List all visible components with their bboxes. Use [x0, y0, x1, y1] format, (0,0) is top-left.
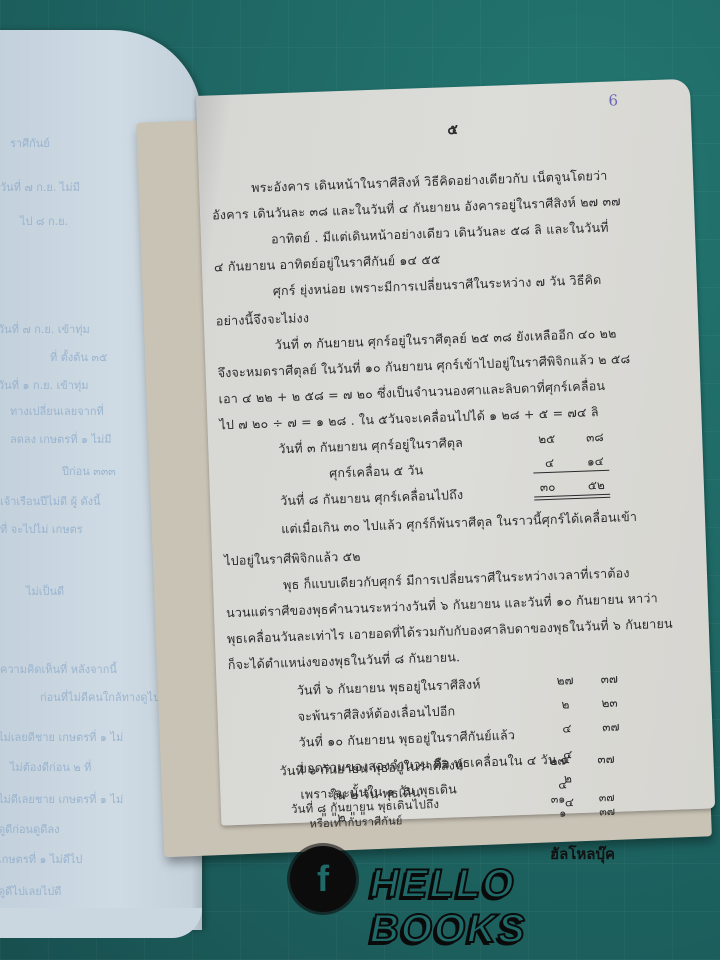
left-page-line: ปีก่อน ๓๓๓ [62, 462, 116, 480]
left-page-line: ไม่เป็นดี [26, 582, 64, 600]
calc-mercury-min: ๓๗ [600, 670, 618, 690]
text-line: อย่างนี้จึงจะไม่งง [216, 308, 310, 331]
left-page-line: ก่อนที่ไม่ดีคนใกล้ทางดูไป [40, 688, 160, 706]
left-page-line: เจ้าเรือนปีไม่ดี ผู้ ดังนี้ [0, 492, 101, 510]
calc-mercury-deg: ๔ [563, 745, 573, 764]
left-page-line: เกษตรที่ ๑ ไม่ดีไป [0, 850, 82, 868]
total-double-line [534, 497, 610, 501]
text-line: จะพ้นราศีสิงห์ต้องเลื่อนไปอีก [297, 701, 455, 726]
brand-name-thai: ฮัลโหลบุ๊ค [550, 842, 615, 866]
calc-venus-deg: ๔ [545, 454, 555, 473]
calc-mercury-deg: ๔ [562, 719, 572, 738]
brand-name: HELLO BOOKS [370, 862, 622, 952]
left-page-line: วันที่ ๗ ก.ย. ไม่มี [0, 178, 80, 196]
text-line: ไปอยู่ในราศีพิจิกแล้ว ๕๒ [224, 547, 361, 572]
text-line: ยอดรวมของสองจำนวน คือ พุธเคลื่อนใน ๔ วัน… [299, 749, 571, 778]
text-line: วันที่ ๓ กันยายน ศุกร์อยู่ในราศีตุล [278, 433, 463, 459]
page-number: ๕ [447, 119, 458, 141]
calc-venus-min: ๕๒ [588, 476, 606, 496]
left-page-line: ที่ จะไปไม่ เกษตร [0, 520, 83, 538]
facebook-icon: f [290, 846, 356, 912]
text-line: วันที่ ๖ กันยายน พุธอยู่ในราศีสิงห์ [296, 674, 481, 700]
left-page-line: ไม่เลยดีชาย เกษตรที่ ๑ ไม่ [0, 728, 123, 746]
text-line: เพราะฉะนั้นใน ๑ วัน พุธเดิน [300, 779, 457, 804]
text-line: " "๒ " " [321, 807, 366, 829]
calc-venus-min: ๓๘ [586, 428, 604, 448]
text-line: วันที่ ๘ กันยายน ศุกร์เคลื่อนไปถึง [280, 485, 464, 511]
text-line: อาทิตย์ . มีแต่เดินหน้าอย่างเดียว เดินวั… [271, 218, 609, 250]
left-page-line: ดูดีไปเลยไปดี [0, 882, 61, 900]
left-page-line: วันที่ ๑ ก.ย. เข้าทุ่ม [0, 376, 88, 394]
calc-mercury-min: ๒๓ [601, 694, 618, 714]
left-page-line: ไม่ดีเลยชาย เกษตรที่ ๑ ไม่ [0, 790, 123, 808]
text-line: แต่เมื่อเกิน ๓๐ ไปแล้ว ศุกร์ก็พ้นราศีตุล… [281, 507, 638, 539]
left-page-line: ความคิดเห็นที่ หลังจากนี้ [0, 660, 117, 678]
text-line: วันที่ ๑๐ กันยายน พุธอยู่ในราศีกันย์แล้ว [298, 725, 515, 753]
left-page-line: ที่ ตั้งต้น ๓๕ [50, 348, 107, 366]
calc-venus-min: ๑๔ [587, 452, 604, 472]
left-page-line: วันที่ ๗ ก.ย. เข้าทุ่ม [0, 320, 90, 338]
calc-mercury-min: ๓๗ [602, 718, 620, 738]
right-page: ๕ 6 พระอังคาร เดินหน้าในราศีสิงห์ วิธีคิ… [196, 79, 715, 826]
left-page-line: ราศีกันย์ [10, 134, 50, 152]
hello-books-watermark: f HELLO BOOKS ฮัลโหลบุ๊ค [282, 840, 622, 920]
text-line: ศุกร์เคลื่อน ๕ วัน [329, 460, 424, 483]
text-line: ศุกร์ ยุ่งหน่อย เพราะมีการเปลี่ยนราศีในร… [273, 270, 602, 301]
handwritten-page-number: 6 [608, 91, 618, 109]
left-page-line: ลดลง เกษตรที่ ๑ ไม่มี [10, 430, 111, 448]
left-page-line: ดูดีก่อนดูดีลง [0, 820, 59, 838]
facebook-f-glyph: f [290, 846, 356, 912]
calc-mercury-deg: ๒๗ [556, 671, 574, 691]
text-line: ก็จะได้ตำแหน่งของพุธในวันที่ ๘ กันยายน. [228, 647, 461, 675]
calc-mercury-deg: ๒ [561, 695, 570, 714]
left-page-line: ไป ๘ ก.ย. [20, 212, 68, 230]
left-page-line: ทางเปลี่ยนเลยจากที่ [10, 402, 104, 420]
calc-mercury-deg: ๒ [564, 769, 573, 788]
calc-mercury-deg: ๔ [565, 793, 575, 812]
left-page-line: ไม่ต้องดีก่อน ๒ ที่ [10, 758, 91, 776]
text-line: ๔ กันยายน อาทิตย์อยู่ในราศีกันย์ ๑๔ ๕๕ [214, 250, 441, 278]
calc-venus-deg: ๒๕ [538, 430, 556, 450]
calc-venus-deg: ๓๐ [540, 478, 556, 498]
